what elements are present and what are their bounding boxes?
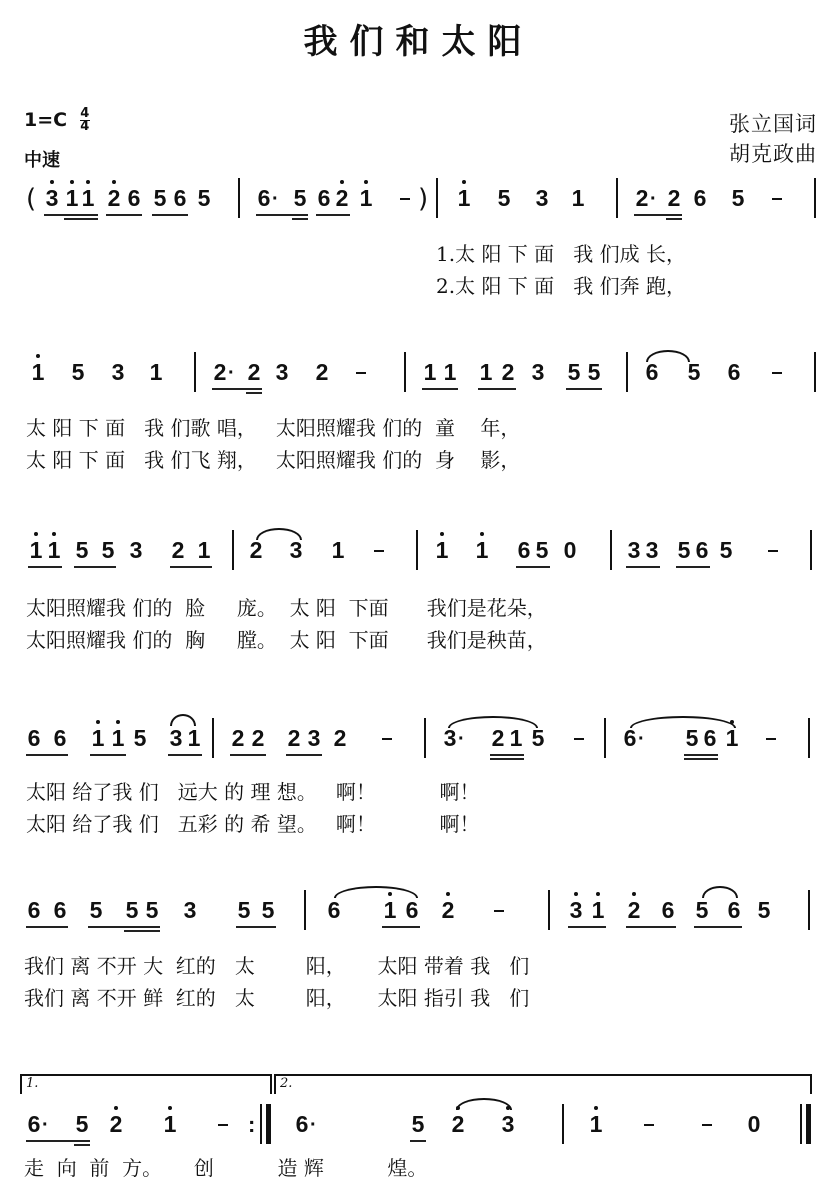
dash — [374, 550, 384, 552]
note: 5 — [496, 186, 512, 210]
note: 2 — [440, 898, 456, 922]
note: 2 — [286, 726, 302, 750]
note: 5 — [676, 538, 692, 562]
dash — [644, 1124, 654, 1126]
note: 2 — [634, 186, 650, 210]
note: 5 — [534, 538, 550, 562]
note: 1 — [588, 1112, 604, 1136]
barline — [808, 890, 810, 930]
score-row-4: 6 6 1 1 5 3 1 2 2 2 3 2 3 · 2 1 5 6 · 5 … — [0, 714, 837, 774]
barline — [604, 718, 606, 758]
dash — [356, 372, 366, 374]
repeat-colon: : — [248, 1112, 255, 1138]
barline — [436, 178, 438, 218]
note: 1 — [110, 726, 126, 750]
note: 3 — [500, 1112, 516, 1136]
barline — [810, 530, 812, 570]
volta-first-ending: 1. — [20, 1074, 272, 1094]
barline — [404, 352, 406, 392]
note: 5 — [756, 898, 772, 922]
note: 1 — [474, 538, 490, 562]
note: 6 — [326, 898, 342, 922]
lyricist-credit: 张立国词 — [729, 108, 817, 138]
barline — [800, 1104, 802, 1144]
slur — [630, 716, 736, 728]
note: 1 — [28, 538, 44, 562]
barline — [194, 352, 196, 392]
note: 1 — [148, 360, 164, 384]
note: 6 — [660, 898, 676, 922]
note: 5 — [260, 898, 276, 922]
barline — [424, 718, 426, 758]
dash — [574, 738, 584, 740]
note: 3 — [182, 898, 198, 922]
note: 5 — [530, 726, 546, 750]
note: 1 — [478, 360, 494, 384]
barline — [610, 530, 612, 570]
key-label: 1=C — [24, 109, 67, 131]
note: 2 — [250, 726, 266, 750]
note: 2 — [248, 538, 264, 562]
note: 3 — [168, 726, 184, 750]
dash — [772, 372, 782, 374]
note: 1 — [90, 726, 106, 750]
note: 6 — [316, 186, 332, 210]
note: 5 — [694, 898, 710, 922]
note: 1 — [358, 186, 374, 210]
note: 1 — [64, 186, 80, 210]
note: 3 — [530, 360, 546, 384]
barline — [562, 1104, 564, 1144]
note: 5 — [586, 360, 602, 384]
barline — [814, 352, 816, 392]
note: 2 — [334, 186, 350, 210]
note: 6 — [726, 898, 742, 922]
lyric-verse1: 太阳照耀我 们的 脸 庞。 太 阳 下面 我们是花朵， — [26, 592, 547, 621]
open-paren: ( — [26, 184, 36, 214]
composer-credit: 胡克政曲 — [729, 138, 817, 168]
dash — [768, 550, 778, 552]
volta-second-ending: 2. — [274, 1074, 812, 1094]
note: 1 — [382, 898, 398, 922]
lyric-verse2: 2.太 阳 下 面 我 们奔 跑， — [436, 270, 686, 299]
note: 6 — [26, 726, 42, 750]
note: 6 — [256, 186, 272, 210]
dash — [772, 198, 782, 200]
note: 1 — [30, 360, 46, 384]
tempo-marking: 中速 — [24, 146, 60, 172]
barline — [626, 352, 628, 392]
note: 1 — [162, 1112, 178, 1136]
lyric-verse1: 我们 离 不开 大 红的 太 阳， 太阳 带着 我 们 — [24, 950, 529, 979]
lyric-verse1: 1.太 阳 下 面 我 们成 长， — [436, 238, 686, 267]
note: 2 — [108, 1112, 124, 1136]
note: 2 — [170, 538, 186, 562]
note: 1 — [724, 726, 740, 750]
note: 2 — [106, 186, 122, 210]
note: 1 — [508, 726, 524, 750]
barline — [616, 178, 618, 218]
score-row-6: 6 · 5 2 1 : 6 · 5 2 3 1 0 — [0, 1100, 837, 1160]
note: 2 — [490, 726, 506, 750]
barline — [548, 890, 550, 930]
note: 6 — [172, 186, 188, 210]
note: 6 — [26, 1112, 42, 1136]
barline — [232, 530, 234, 570]
note: 6 — [692, 186, 708, 210]
note: 2 — [230, 726, 246, 750]
note: 1 — [330, 538, 346, 562]
note: 3 — [44, 186, 60, 210]
close-paren: ) — [418, 184, 428, 214]
barline — [304, 890, 306, 930]
note: 2 — [332, 726, 348, 750]
note: 5 — [686, 360, 702, 384]
note: 5 — [292, 186, 308, 210]
barline — [814, 178, 816, 218]
score-row-1: ( 3 1 1 2 6 5 6 5 6 · 5 6 2 1 ) 1 5 3 1 … — [0, 174, 837, 234]
note: 5 — [718, 538, 734, 562]
note: 6 — [726, 360, 742, 384]
note: 2 — [212, 360, 228, 384]
note: 5 — [100, 538, 116, 562]
note: 2 — [314, 360, 330, 384]
note: 3 — [110, 360, 126, 384]
note: 6 — [516, 538, 532, 562]
dash — [382, 738, 392, 740]
note: 6 — [126, 186, 142, 210]
barline — [260, 1104, 262, 1144]
note: 5 — [566, 360, 582, 384]
note: 5 — [70, 360, 86, 384]
note: 3 — [644, 538, 660, 562]
note: 1 — [442, 360, 458, 384]
dash — [702, 1124, 712, 1126]
lyric-line: 走 向 前 方。 创 造 辉 煌。 — [24, 1152, 427, 1181]
note: 6 — [52, 898, 68, 922]
note: 2 — [246, 360, 262, 384]
note: 5 — [132, 726, 148, 750]
note: 3 — [306, 726, 322, 750]
lyric-verse2: 太阳照耀我 们的 胸 膛。 太 阳 下面 我们是秧苗， — [26, 624, 547, 653]
note: 0 — [746, 1112, 762, 1136]
note: 5 — [144, 898, 160, 922]
lyric-verse2: 太阳 给了我 们 五彩 的 希 望。 啊！ 啊！ — [26, 808, 480, 837]
barline — [808, 718, 810, 758]
note: 5 — [74, 1112, 90, 1136]
note: 1 — [196, 538, 212, 562]
time-signature: 4 4 — [80, 108, 90, 133]
lyric-verse1: 太阳 给了我 们 远大 的 理 想。 啊！ 啊！ — [26, 776, 480, 805]
note: 6 — [294, 1112, 310, 1136]
note: 1 — [80, 186, 96, 210]
note: 5 — [410, 1112, 426, 1136]
score-row-5: 6 6 5 5 5 3 5 5 6 1 6 2 3 1 2 6 5 6 5 — [0, 886, 837, 946]
note: 6 — [26, 898, 42, 922]
repeat-barline — [266, 1104, 271, 1144]
note: 3 — [568, 898, 584, 922]
note: 5 — [196, 186, 212, 210]
note: 5 — [88, 898, 104, 922]
final-barline — [806, 1104, 811, 1144]
note: 5 — [730, 186, 746, 210]
note: 6 — [622, 726, 638, 750]
note: 1 — [186, 726, 202, 750]
note: 6 — [702, 726, 718, 750]
note: 5 — [74, 538, 90, 562]
note: 3 — [442, 726, 458, 750]
note: 2 — [500, 360, 516, 384]
barline — [212, 718, 214, 758]
note: 6 — [694, 538, 710, 562]
tie — [456, 1098, 512, 1110]
dash — [766, 738, 776, 740]
note: 1 — [456, 186, 472, 210]
note: 5 — [684, 726, 700, 750]
note: 3 — [626, 538, 642, 562]
note: 1 — [570, 186, 586, 210]
key-signature: 1=C 4 4 — [24, 108, 90, 133]
lyric-verse2: 我们 离 不开 鲜 红的 太 阳， 太阳 指引 我 们 — [24, 982, 529, 1011]
dash — [218, 1124, 228, 1126]
note: 1 — [434, 538, 450, 562]
note: 3 — [534, 186, 550, 210]
lyric-verse2: 太 阳 下 面 我 们飞 翔， 太阳照耀我 们的 身 影， — [26, 444, 520, 473]
note: 2 — [666, 186, 682, 210]
score-row-3: 1 1 5 5 3 2 1 2 3 1 1 1 6 5 0 3 3 5 6 5 — [0, 526, 837, 586]
barline — [238, 178, 240, 218]
note: 3 — [274, 360, 290, 384]
note: 1 — [422, 360, 438, 384]
note: 1 — [590, 898, 606, 922]
note: 2 — [626, 898, 642, 922]
song-title: 我们和太阳 — [0, 14, 837, 63]
note: 6 — [644, 360, 660, 384]
note: 2 — [450, 1112, 466, 1136]
note: 3 — [288, 538, 304, 562]
barline — [416, 530, 418, 570]
dash — [494, 910, 504, 912]
note: 6 — [404, 898, 420, 922]
note: 5 — [152, 186, 168, 210]
lyric-verse1: 太 阳 下 面 我 们歌 唱， 太阳照耀我 们的 童 年， — [26, 412, 520, 441]
note: 1 — [46, 538, 62, 562]
note: 3 — [128, 538, 144, 562]
note: 6 — [52, 726, 68, 750]
note: 5 — [236, 898, 252, 922]
dash — [400, 198, 410, 200]
note: 5 — [124, 898, 140, 922]
score-row-2: 1 5 3 1 2 · 2 3 2 1 1 1 2 3 5 5 6 5 6 — [0, 348, 837, 408]
note: 0 — [562, 538, 578, 562]
